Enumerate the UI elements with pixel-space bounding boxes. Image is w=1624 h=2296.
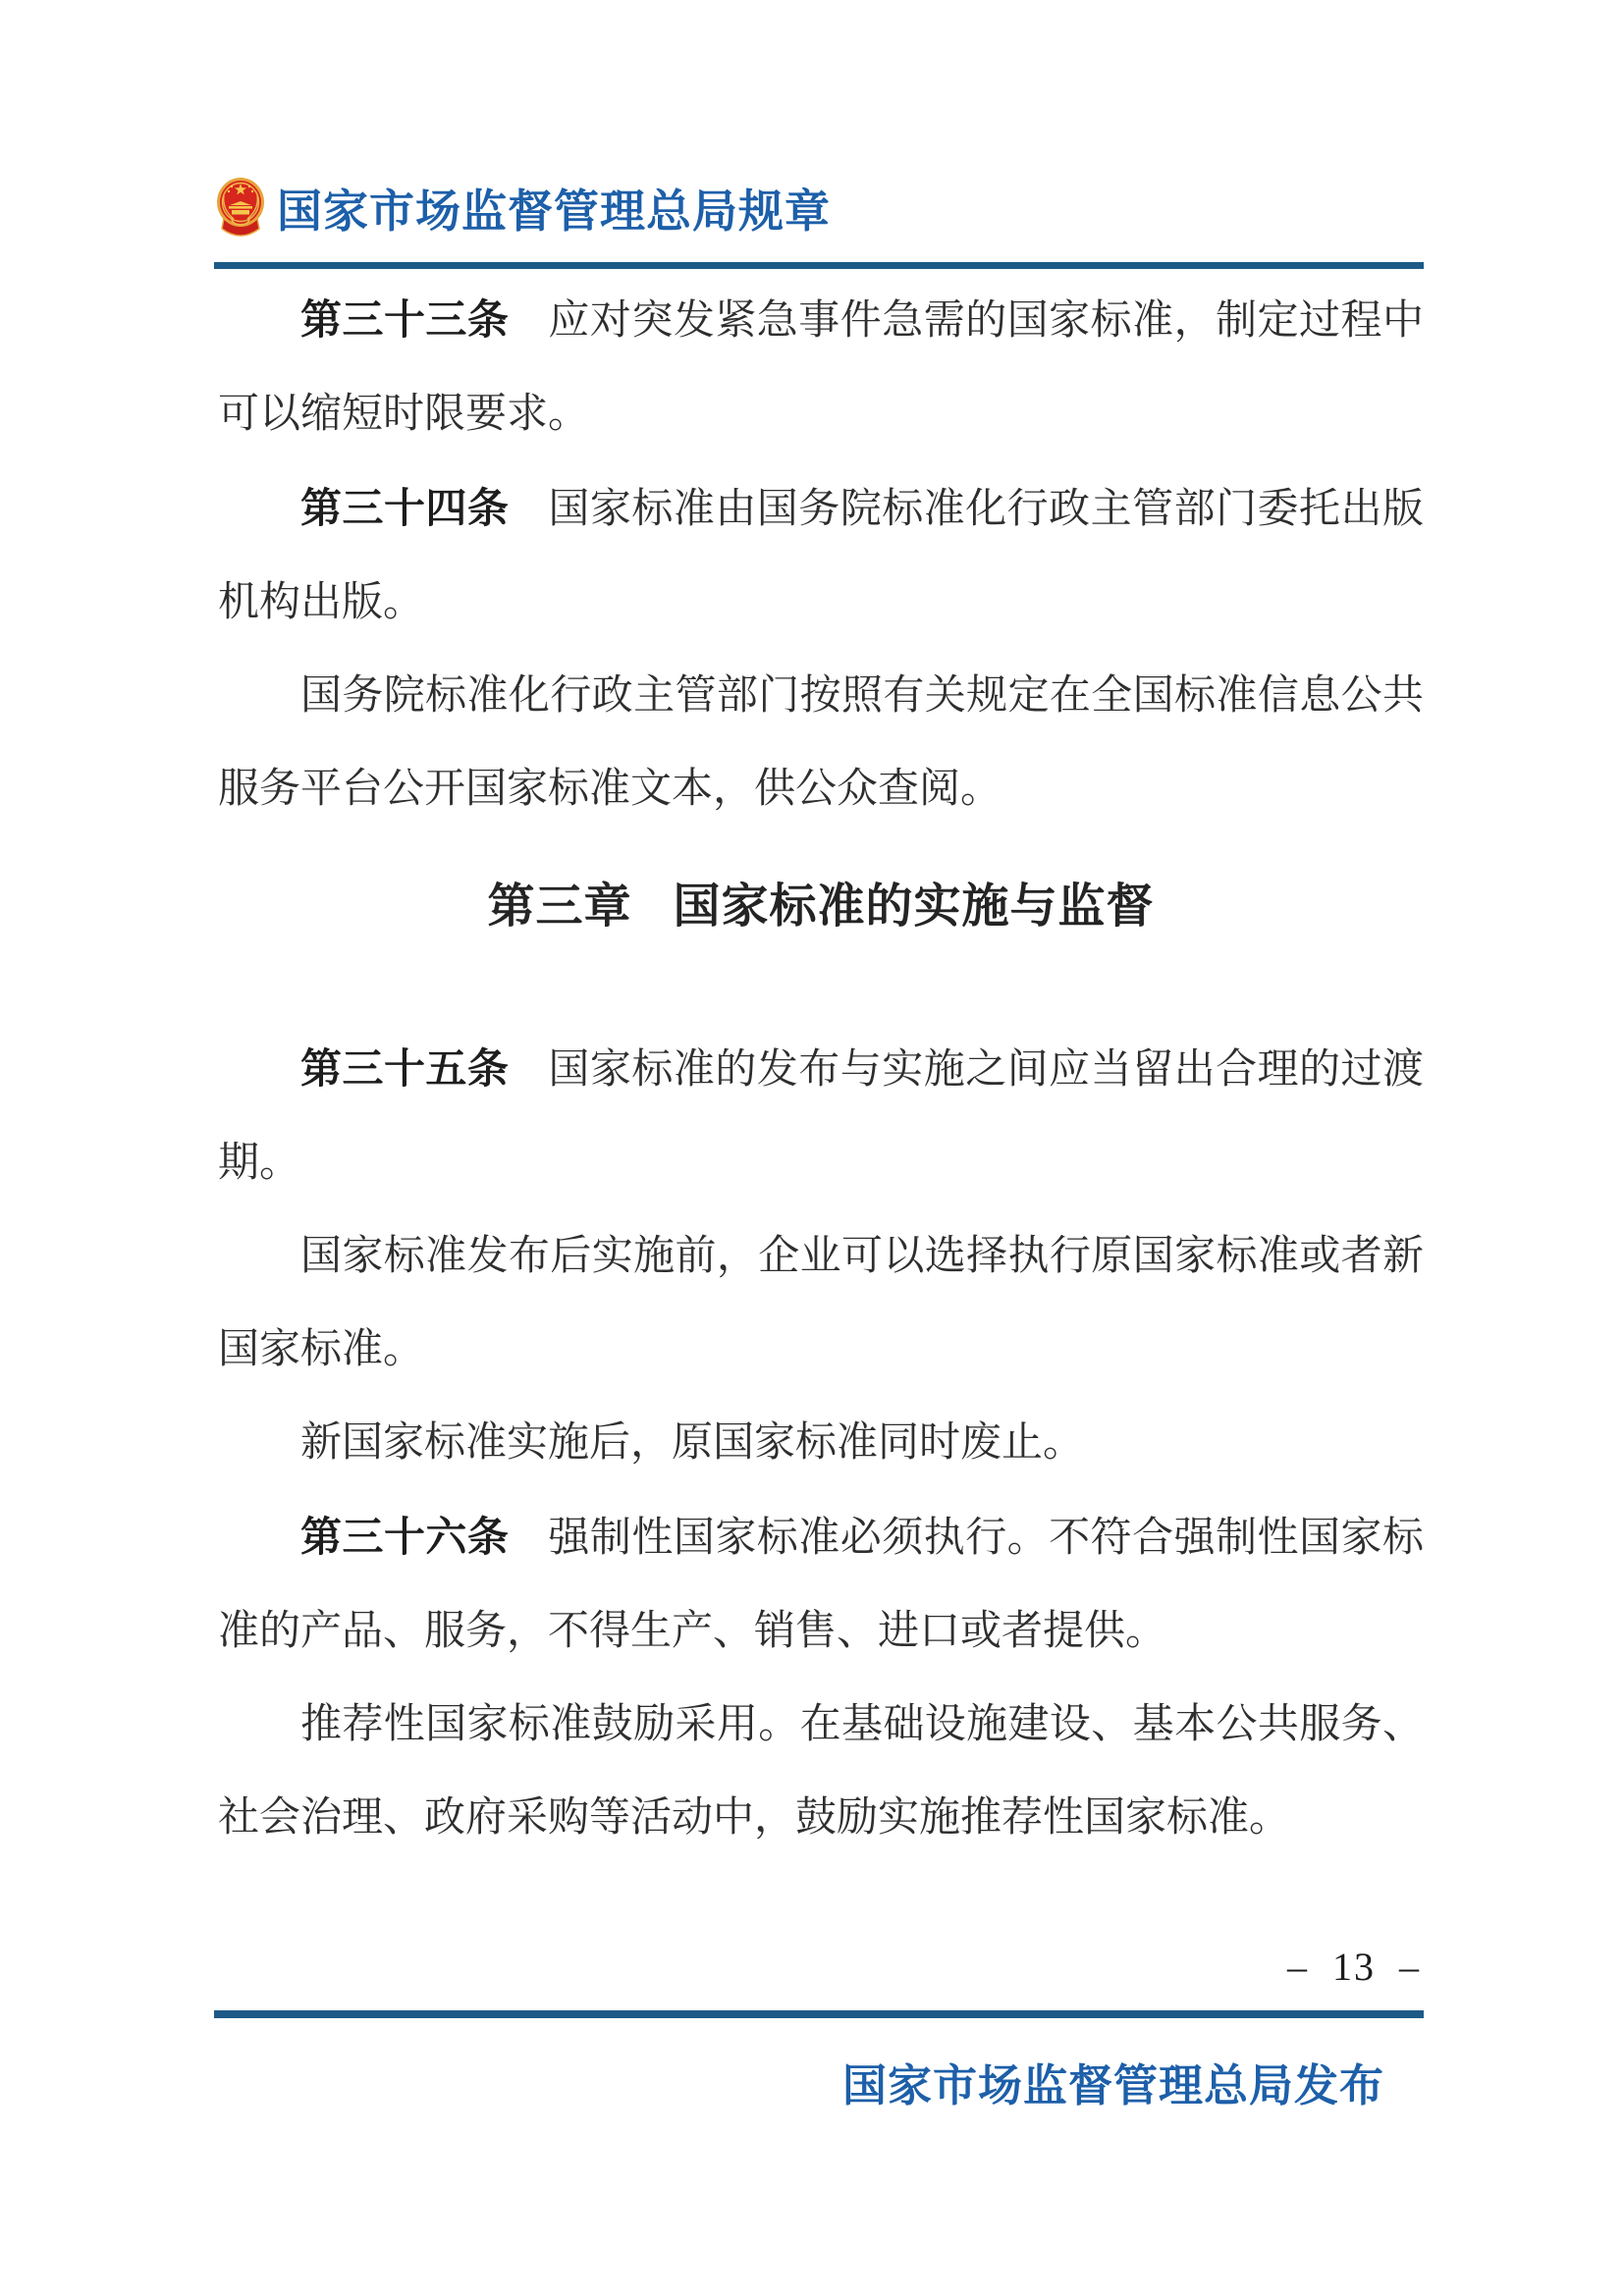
- article-36-number: 第三十六条: [300, 1514, 509, 1560]
- chapter-title: 国家标准的实施与监督: [674, 881, 1155, 933]
- header-title: 国家市场监督管理总局规章: [277, 176, 831, 240]
- article-36-paragraph-2: 推荐性国家标准鼓励采用。在基础设施建设、基本公共服务、社会治理、政府采购等活动中…: [218, 1679, 1424, 1865]
- article-35-paragraph: 第三十五条国家标准的发布与实施之间应当留出合理的过渡期。: [218, 1022, 1424, 1210]
- article-35-number: 第三十五条: [300, 1045, 509, 1092]
- article-33-number: 第三十三条: [300, 296, 509, 343]
- footer-rule: [214, 2010, 1424, 2018]
- chapter-number: 第三章: [487, 881, 631, 933]
- page-header: 国家市场监督管理总局规章: [216, 175, 831, 241]
- article-34-paragraph: 第三十四条国家标准由国务院标准化行政主管部门委托出版机构出版。: [218, 461, 1424, 650]
- chapter-heading: 第三章国家标准的实施与监督: [218, 860, 1424, 953]
- article-34-text-2: 国务院标准化行政主管部门按照有关规定在全国标准信息公共服务平台公开国家标准文本，…: [218, 673, 1424, 812]
- article-35-paragraph-3: 新国家标准实施后，原国家标准同时废止。: [218, 1397, 1424, 1490]
- china-national-emblem-icon: [216, 176, 265, 240]
- article-35-paragraph-2: 国家标准发布后实施前，企业可以选择执行原国家标准或者新国家标准。: [218, 1210, 1424, 1397]
- document-page: 国家市场监督管理总局规章 第三十三条应对突发紧急事件急需的国家标准，制定过程中可…: [0, 0, 1624, 2296]
- page-number: – 13 –: [1287, 1944, 1421, 1990]
- article-33-paragraph: 第三十三条应对突发紧急事件急需的国家标准，制定过程中可以缩短时限要求。: [218, 273, 1424, 461]
- header-rule: [214, 262, 1424, 269]
- document-body: 第三十三条应对突发紧急事件急需的国家标准，制定过程中可以缩短时限要求。 第三十四…: [218, 273, 1424, 1865]
- article-35-text-2: 国家标准发布后实施前，企业可以选择执行原国家标准或者新国家标准。: [218, 1234, 1424, 1372]
- article-35-text-3: 新国家标准实施后，原国家标准同时废止。: [300, 1420, 1084, 1466]
- article-34-number: 第三十四条: [300, 485, 509, 531]
- article-34-paragraph-2: 国务院标准化行政主管部门按照有关规定在全国标准信息公共服务平台公开国家标准文本，…: [218, 650, 1424, 836]
- publisher-line: 国家市场监督管理总局发布: [842, 2050, 1384, 2113]
- article-36-text-2: 推荐性国家标准鼓励采用。在基础设施建设、基本公共服务、社会治理、政府采购等活动中…: [218, 1702, 1424, 1841]
- article-36-paragraph: 第三十六条强制性国家标准必须执行。不符合强制性国家标准的产品、服务，不得生产、销…: [218, 1490, 1424, 1679]
